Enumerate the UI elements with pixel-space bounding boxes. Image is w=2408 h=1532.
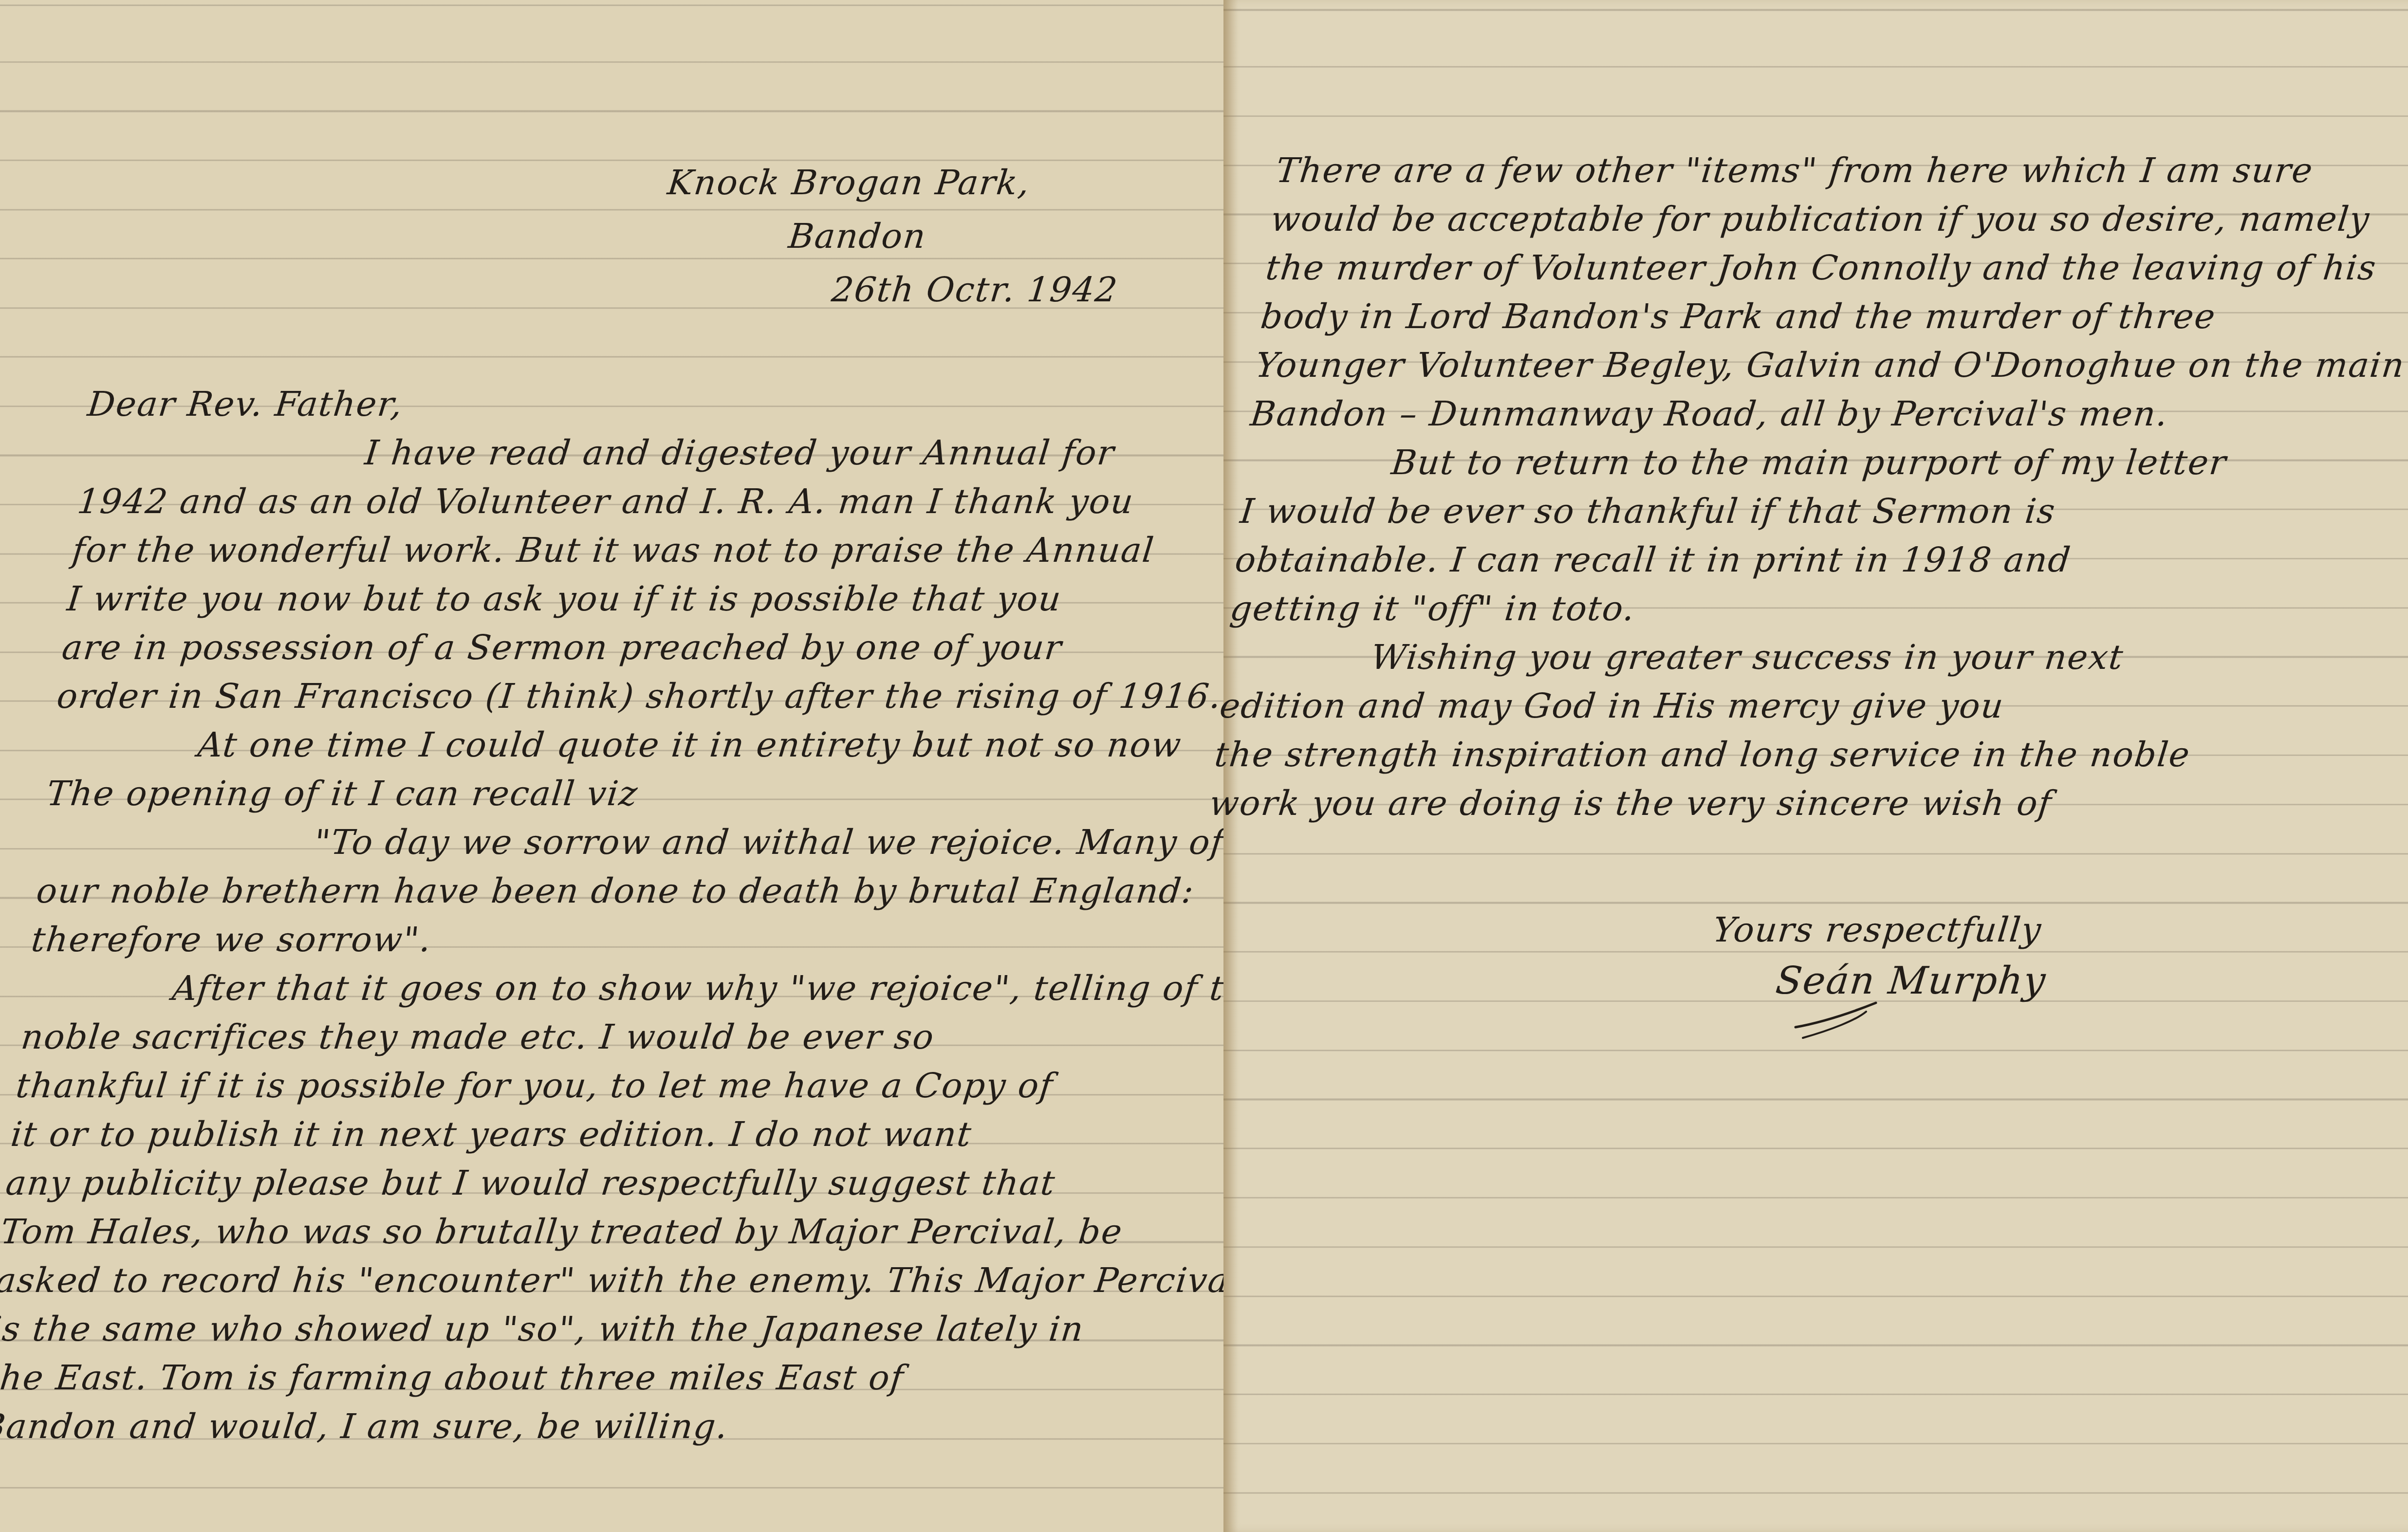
body-line: the East. Tom is farming about three mil… [0,1353,1234,1402]
sender-address: Knock Brogan Park, Bandon 26th Octr. 194… [654,156,1132,316]
body-line: body in Lord Bandon's Park and the murde… [1259,292,2408,341]
signature-flourish-icon [1793,998,1900,1042]
body-line: I would be ever so thankful if that Serm… [1238,487,2392,535]
body-line: But to return to the main purport of my … [1243,438,2397,487]
letter-spread: Knock Brogan Park, Bandon 26th Octr. 194… [0,0,2408,1532]
quoted-sermon-line: therefore we sorrow". [29,915,1279,964]
body-line: getting it "off" in toto. [1227,584,2382,633]
address-line-2: Bandon [659,209,1126,263]
body-line: would be acceptable for publication if y… [1269,195,2408,243]
letter-body-page-1: Dear Rev. Father, I have read and digest… [0,380,1336,1451]
body-line: After that it goes on to show why "we re… [24,964,1275,1013]
letter-page-1: Knock Brogan Park, Bandon 26th Octr. 194… [0,0,1223,1532]
body-line: work you are doing is the very sincere w… [1207,779,2361,828]
body-line: are in possession of a Sermon preached b… [60,623,1311,672]
body-line: noble sacrifices they made etc. I would … [19,1013,1269,1061]
letter-closing: Yours respectfully Seán Murphy [1705,905,2054,1008]
body-line: for the wonderful work. But it was not t… [70,526,1321,574]
body-line: thankful if it is possible for you, to l… [14,1061,1264,1110]
closing-phrase: Yours respectfully [1711,905,2054,954]
body-line: edition and may God in His mercy give yo… [1217,682,2371,730]
body-line: Bandon and would, I am sure, be willing. [0,1402,1228,1451]
body-line: any publicity please but I would respect… [3,1159,1254,1207]
body-line: The opening of it I can recall viz [44,769,1295,818]
body-line: asked to record his "encounter" with the… [0,1256,1244,1305]
body-line: it or to publish it in next years editio… [8,1110,1259,1159]
quoted-sermon-line: "To day we sorrow and withal we rejoice.… [39,818,1290,867]
body-line: I write you now but to ask you if it is … [65,574,1315,623]
body-line: obtainable. I can recall it in print in … [1233,535,2387,584]
body-line: At one time I could quote it in entirety… [50,720,1300,769]
body-line: Wishing you greater success in your next [1223,633,2377,682]
body-line: the strength inspiration and long servic… [1212,730,2367,779]
body-line: I have read and digested your Annual for [80,428,1331,477]
body-line: There are a few other "items" from here … [1274,146,2408,195]
body-line: order in San Francisco (I think) shortly… [55,672,1305,720]
address-line-1: Knock Brogan Park, [665,156,1132,209]
body-line: Bandon – Dunmanway Road, all by Percival… [1248,389,2403,438]
body-line: is the same who showed up "so", with the… [0,1305,1239,1353]
body-line: Tom Hales, who was so brutally treated b… [0,1207,1249,1256]
letter-date: 26th Octr. 1942 [654,263,1121,316]
body-line: the murder of Volunteer John Connolly an… [1263,243,2408,292]
body-line: Younger Volunteer Begley, Galvin and O'D… [1253,341,2408,389]
letter-page-2: There are a few other "items" from here … [1223,0,2408,1532]
quoted-sermon-line: our noble brethern have been done to dea… [34,867,1285,915]
letter-body-page-2: There are a few other "items" from here … [1207,146,2408,828]
body-line: 1942 and as an old Volunteer and I. R. A… [75,477,1326,526]
salutation: Dear Rev. Father, [85,380,1336,428]
